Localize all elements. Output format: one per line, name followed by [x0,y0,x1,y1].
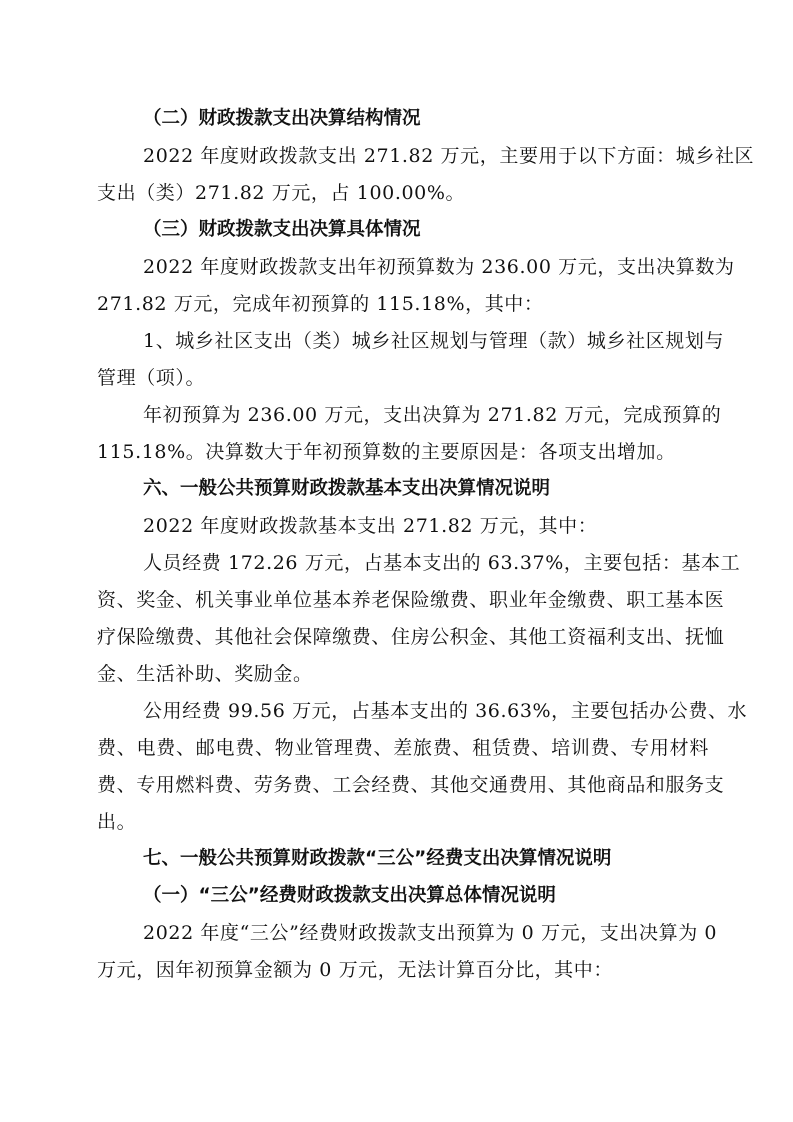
paragraph-line: 2022 年度“三公”经费财政拨款支出预算为 0 万元，支出决算为 0 [143,920,709,946]
paragraph-line: 万元，因年初预算金额为 0 万元，无法计算百分比，其中： [97,957,613,983]
paragraph-line: 管理（项）。 [97,365,205,391]
paragraph-line: 1、城乡社区支出（类）城乡社区规划与管理（款）城乡社区规划与 [143,328,709,354]
paragraph-line: 支出（类）271.82 万元，占 100.00%。 [97,180,465,206]
paragraph-line: 公用经费 99.56 万元，占基本支出的 36.63%，主要包括办公费、水 [143,698,709,724]
paragraph-line: 费、专用燃料费、劳务费、工会经费、其他交通费用、其他商品和服务支 [97,772,709,798]
paragraph-line: 疗保险缴费、其他社会保障缴费、住房公积金、其他工资福利支出、抚恤 [97,624,709,650]
paragraph-line: 2022 年度财政拨款基本支出 271.82 万元，其中： [143,513,597,539]
paragraph-line: 资、奖金、机关事业单位基本养老保险缴费、职业年金缴费、职工基本医 [97,587,709,613]
paragraph-line: 2022 年度财政拨款支出年初预算数为 236.00 万元，支出决算数为 [143,254,709,280]
heading-financial-expenditure-structure: （二）财政拨款支出决算结构情况 [143,106,421,132]
paragraph-line: 年初预算为 236.00 万元，支出决算为 271.82 万元，完成预算的 [143,402,709,428]
paragraph-line: 271.82 万元，完成年初预算的 115.18%，其中： [97,291,544,317]
heading-financial-expenditure-details: （三）财政拨款支出决算具体情况 [143,217,421,243]
paragraph-line: 金、生活补助、奖励金。 [97,661,313,687]
paragraph-line: 人员经费 172.26 万元，占基本支出的 63.37%，主要包括：基本工 [143,550,709,576]
paragraph-line: 115.18%。决算数大于年初预算数的主要原因是：各项支出增加。 [97,439,676,465]
heading-three-public-overall: （一）“三公”经费财政拨款支出决算总体情况说明 [143,883,556,909]
paragraph-line: 费、电费、邮电费、物业管理费、差旅费、租赁费、培训费、专用材料 [97,735,709,761]
paragraph-line: 出。 [97,809,136,835]
heading-three-public-expenses: 七、一般公共预算财政拨款“三公”经费支出决算情况说明 [143,846,611,872]
heading-basic-expenditure: 六、一般公共预算财政拨款基本支出决算情况说明 [143,476,550,502]
paragraph-line: 2022 年度财政拨款支出 271.82 万元，主要用于以下方面：城乡社区 [143,143,709,169]
